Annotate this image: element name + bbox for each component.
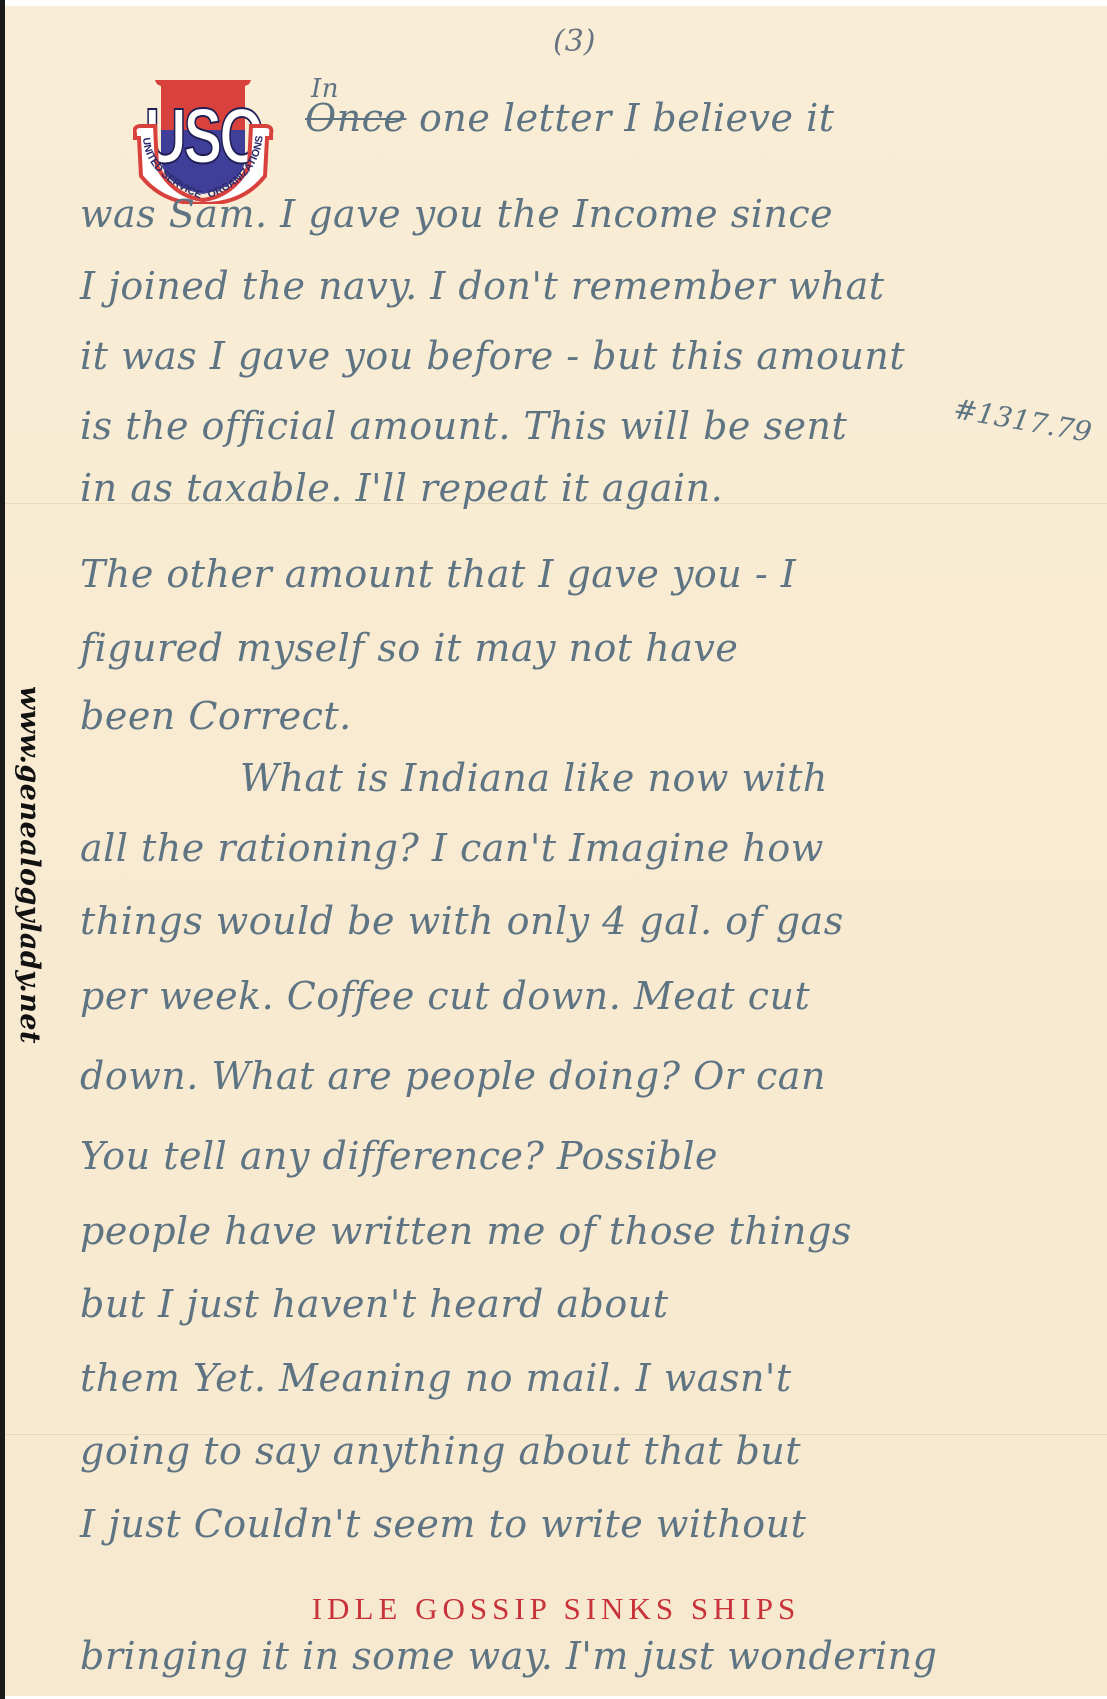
correction: Once In [305,96,406,140]
handwritten-line: is the official amount. This will be sen… [80,404,847,448]
handwritten-line: You tell any difference? Possible [80,1134,718,1178]
handwritten-line: but I just haven't heard about [80,1282,669,1326]
handwritten-line: I joined the navy. I don't remember what [80,264,885,308]
handwritten-line: The other amount that I gave you - I [80,552,796,596]
line-text: one letter I believe it [419,96,835,140]
uso-logo-icon: USO UNITED SERVICE ORGANIZATIONS [133,76,293,204]
handwritten-line: in as taxable. I'll repeat it again. [80,466,723,510]
handwritten-line: Once In one letter I believe it [305,96,835,140]
handwritten-line: all the rationing? I can't Imagine how [80,826,824,870]
handwritten-line: bringing it in some way. I'm just wonder… [80,1634,937,1678]
handwritten-line: figured myself so it may not have [80,626,738,670]
handwritten-line: going to say anything about that but [80,1429,801,1473]
handwritten-line: been Correct. [80,694,352,738]
handwritten-line: people have written me of those things [80,1209,852,1253]
watermark-text: www.genealogylady.net [14,686,45,1044]
handwritten-line: What is Indiana like now with [240,756,828,800]
handwritten-line: down. What are people doing? Or can [80,1054,826,1098]
handwritten-line: things would be with only 4 gal. of gas [80,899,844,943]
handwritten-line: I just Couldn't seem to write without [80,1502,806,1546]
handwritten-line: per week. Coffee cut down. Meat cut [80,974,810,1018]
page-number: (3) [553,24,596,59]
handwritten-line: was Sam. I gave you the Income since [80,192,833,236]
handwritten-line: it was I gave you before - but this amou… [80,334,905,378]
margin-note-amount: #1317.79 [951,392,1094,449]
handwritten-line: them Yet. Meaning no mail. I wasn't [80,1356,792,1400]
letter-page: (3) USO UNITED SERVICE ORGANIZATIONS www… [5,6,1107,1696]
watermark: www.genealogylady.net [5,686,45,1046]
inserted-word: In [311,74,339,104]
footer-slogan: IDLE GOSSIP SINKS SHIPS [5,1591,1107,1627]
